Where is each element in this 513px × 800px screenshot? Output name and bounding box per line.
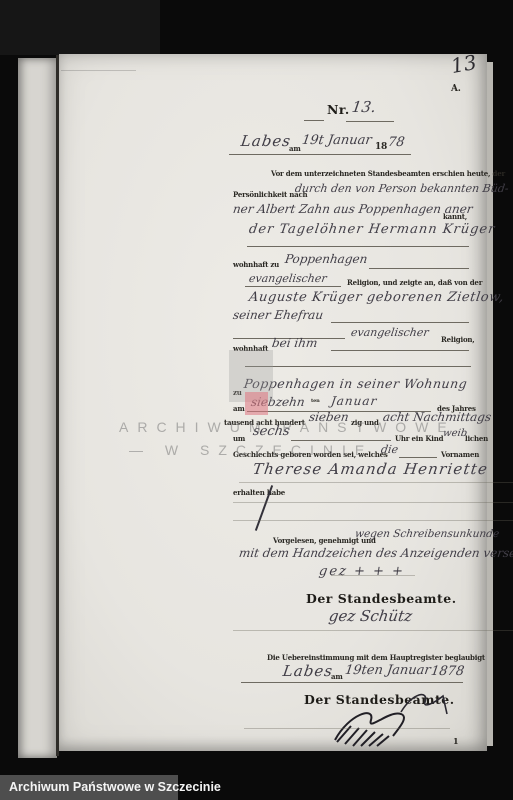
received-printed: erhalten habe xyxy=(233,488,285,497)
record-number-label: Nr. xyxy=(327,102,350,117)
certify-am-printed: am xyxy=(331,672,343,681)
scanner-shadow xyxy=(0,0,160,55)
identity-printed-2: kannt, xyxy=(443,212,467,221)
ruled-line xyxy=(233,520,513,521)
identity-hand-2: ner Albert Zahn aus Poppenhagen aner xyxy=(232,202,474,216)
folio-number: 13 xyxy=(449,50,478,78)
ruled-line xyxy=(239,482,513,483)
ruled-line xyxy=(233,630,513,631)
closing-hand2: mit dem Handzeichen des Anzeigenden vers… xyxy=(238,546,513,560)
sex-line-hand: die xyxy=(380,443,399,456)
archive-name-label: Archiwum Państwowe w Szczecinie xyxy=(9,780,221,794)
archive-scan-viewport: 13 A. Nr. 13. Labes am 19t Januar 18 78 … xyxy=(0,0,513,800)
religion2-hand: evangelischer xyxy=(350,326,429,339)
ruled-line xyxy=(369,268,469,269)
residence2-hand: bei ihm xyxy=(271,336,318,350)
birthdate-month-hand: Januar xyxy=(330,394,378,408)
declarant-name: der Tagelöhner Hermann Krüger xyxy=(248,222,496,237)
registration-place: Labes xyxy=(240,132,293,150)
child-names: Therese Amanda Henriette xyxy=(252,460,490,478)
ruled-line xyxy=(245,286,341,287)
ruled-line xyxy=(331,350,469,351)
certify-date: 19ten Januar xyxy=(344,663,432,678)
residence-hand: Poppenhagen xyxy=(284,252,368,266)
handzeichen-crosses: gez + + + xyxy=(318,564,406,579)
ruled-line xyxy=(247,246,469,247)
register-page: 13 A. Nr. 13. Labes am 19t Januar 18 78 … xyxy=(59,54,487,751)
ruled-line xyxy=(233,502,513,503)
closing-hand1: wegen Schreibensunkunde xyxy=(354,528,500,540)
watermark-text-line1: ARCHIWUM PAŃSTWOWE xyxy=(119,419,456,435)
underlying-page-edge xyxy=(487,62,493,746)
identity-hand: durch den von Person bekannten Büd- xyxy=(294,182,509,195)
ruled-line xyxy=(241,682,463,683)
pencil-mark xyxy=(61,70,136,71)
certify-year: 1878 xyxy=(430,664,465,679)
ruled-line xyxy=(229,154,411,155)
religion1-printed: Religion, und zeigte an, daß von der xyxy=(347,278,482,287)
registrar-title-1: Der Standesbeamte. xyxy=(306,591,457,606)
previous-page-edge xyxy=(18,58,57,758)
religion2-printed: Religion, xyxy=(441,335,475,344)
form-line-intro: Vor dem unterzeichneten Standesbeamten e… xyxy=(271,169,505,178)
head-am-printed: am xyxy=(289,144,301,153)
ruled-line xyxy=(331,575,415,576)
birthplace-hand: Poppenhagen in seiner Wohnung xyxy=(243,376,468,391)
ruled-line xyxy=(346,121,394,122)
year-printed-part: 18 xyxy=(375,142,387,152)
certification-printed: Die Uebereinstimmung mit dem Hauptregist… xyxy=(267,653,485,662)
ruled-line xyxy=(291,440,391,441)
religion1-hand: evangelischer xyxy=(248,272,327,285)
ruled-line xyxy=(331,322,469,323)
sheet-number: 1 xyxy=(453,736,458,746)
birthdate-ten-printed: ten xyxy=(311,398,320,404)
vornamen-printed: Vornamen xyxy=(441,450,479,459)
birthdate-am-printed: am xyxy=(233,404,245,413)
archive-name-bar: Archiwum Państwowe w Szczecinie xyxy=(0,775,178,800)
watermark-text-line2: — W SZCZECINIE xyxy=(129,442,373,458)
residence-printed: wohnhaft zu xyxy=(233,260,279,269)
record-number-value: 13. xyxy=(351,98,377,116)
ruled-line xyxy=(304,120,324,121)
registration-date: 19t Januar xyxy=(301,133,373,148)
ruled-line xyxy=(245,366,471,367)
ruled-line xyxy=(244,728,450,729)
registrar-signature-1: gez Schütz xyxy=(328,607,414,625)
mother-name: Auguste Krüger geborenen Zietlow, xyxy=(248,290,505,305)
wife-hand: seiner Ehefrau xyxy=(232,308,324,322)
watermark-logo-red-square xyxy=(245,392,268,415)
ruled-line xyxy=(399,457,437,458)
time-uhr-printed: Uhr ein Kind xyxy=(395,434,443,443)
year-hand-part: 78 xyxy=(387,135,406,150)
certify-place: Labes xyxy=(282,662,335,680)
form-letter: A. xyxy=(451,84,461,94)
gender-printed: lichen xyxy=(465,434,488,443)
